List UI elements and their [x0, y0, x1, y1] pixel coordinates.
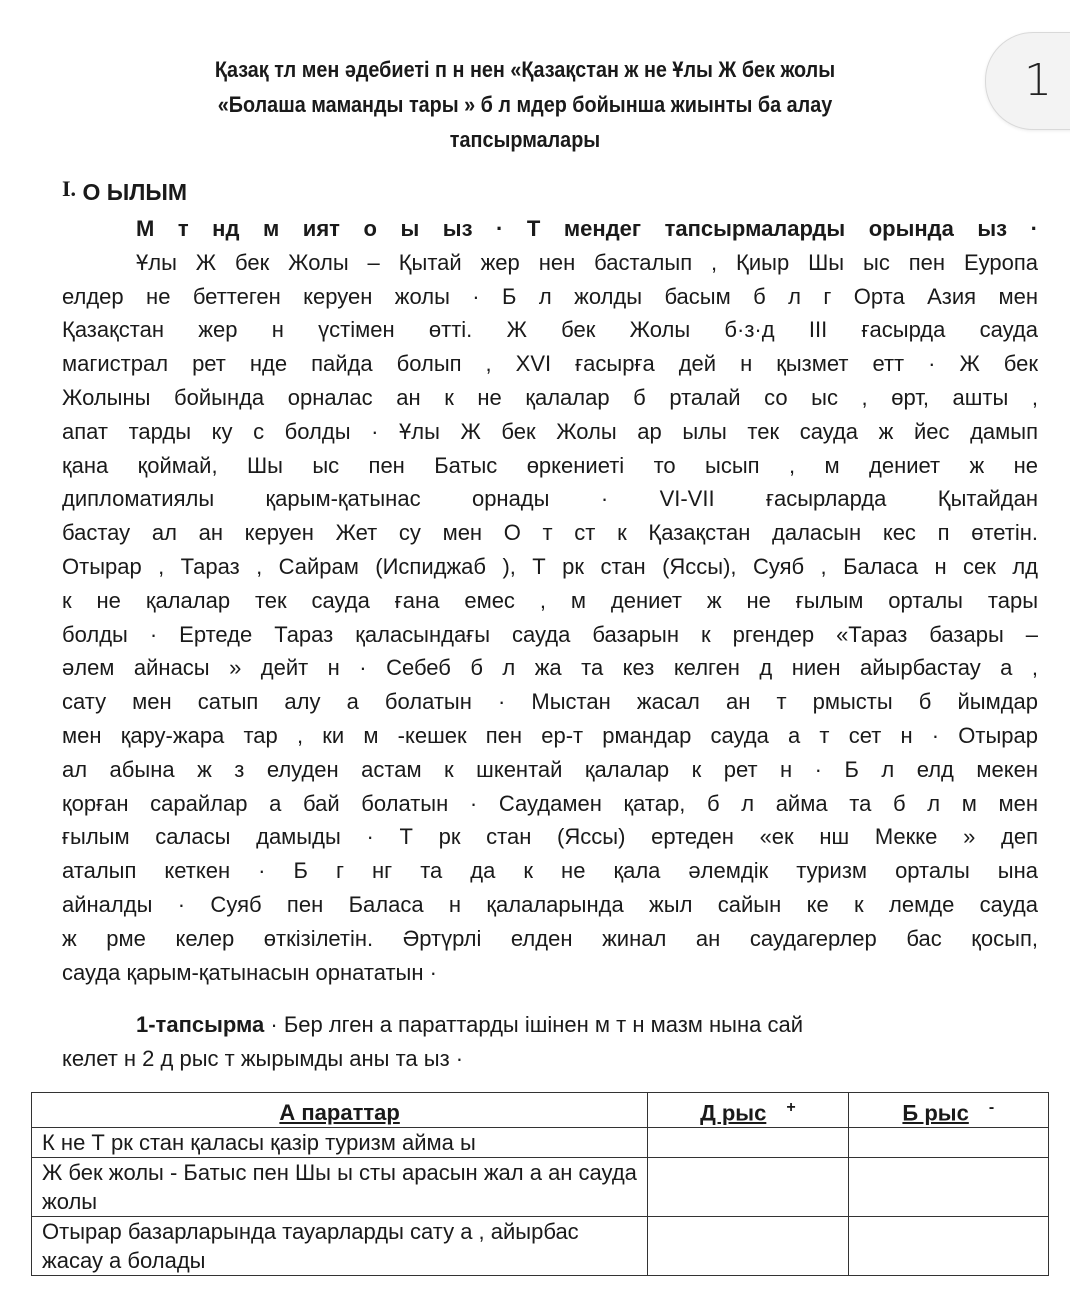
title-line-2: «Болаша маманды тары » б л мдер бойынша … — [107, 87, 944, 122]
statement-cell: Ж бек жолы - Батыс пен Шы ы сты арасын ж… — [32, 1158, 648, 1217]
section-heading: I. О ЫЛЫМ — [62, 176, 187, 206]
passage-line: бастау ал ан керуен Жет су мен О т ст к … — [62, 516, 1038, 550]
false-answer-cell[interactable] — [848, 1158, 1048, 1217]
section-title: О ЫЛЫМ — [82, 179, 187, 205]
passage-line: апат тарды ку с болды · Ұлы Ж бек Жолы а… — [62, 415, 1038, 449]
answer-table: А параттар Д рыс+ Б рыс- К не Т рк стан … — [31, 1092, 1049, 1276]
page-number: 1 — [1024, 55, 1052, 106]
task-label: 1-тапсырма — [136, 1012, 264, 1037]
passage-line: әлем айнасы » дейт н · Себеб б л жа та к… — [62, 651, 1038, 685]
true-answer-cell[interactable] — [648, 1217, 848, 1276]
passage-line: мен қару-жара тар , ки м -кешек пен ер-т… — [62, 719, 1038, 753]
header-statement: А параттар — [32, 1093, 648, 1128]
passage-line: ал абына ж з елуден астам к шкентай қала… — [62, 753, 1038, 787]
false-answer-cell[interactable] — [848, 1128, 1048, 1158]
passage-line: к не қалалар тек сауда ғана емес , м ден… — [62, 584, 1038, 618]
true-answer-cell[interactable] — [648, 1158, 848, 1217]
task-1-line-2: келет н 2 д рыс т жырымды аны та ыз · — [62, 1042, 1038, 1076]
page-number-badge: 1 — [985, 32, 1070, 130]
title-line-3: тапсырмалары — [107, 122, 944, 157]
table-row: К не Т рк стан қаласы қазір туризм айма … — [32, 1128, 1049, 1158]
passage-line: Отырар , Тараз , Сайрам (Испиджаб ), Т р… — [62, 550, 1038, 584]
passage-line: сату мен сатып алу а болатын · Мыстан жа… — [62, 685, 1038, 719]
statement-cell: Отырар базарларында тауарларды сату а , … — [32, 1217, 648, 1276]
passage-line: ж рме келер өткізілетін. Әртүрлі елден ж… — [62, 922, 1038, 956]
task-1-text: · Бер лген а параттарды ішінен м т н маз… — [264, 1012, 803, 1037]
true-answer-cell[interactable] — [648, 1128, 848, 1158]
passage-line: аталып кеткен · Б г нг та да к не қала ә… — [62, 854, 1038, 888]
table-row: Ж бек жолы - Батыс пен Шы ы сты арасын ж… — [32, 1158, 1049, 1217]
header-true: Д рыс+ — [648, 1093, 848, 1128]
passage-line: елдер не беттеген керуен жолы · Б л жолд… — [62, 280, 1038, 314]
header-false: Б рыс- — [848, 1093, 1048, 1128]
passage-line: қана қоймай, Шы ыс пен Батыс өркениеті т… — [62, 449, 1038, 483]
plus-mark: + — [786, 1093, 795, 1122]
passage-line: дипломатиялы қарым-қатынас орнады · VI-V… — [62, 482, 1038, 516]
statement-cell: К не Т рк стан қаласы қазір туризм айма … — [32, 1128, 648, 1158]
passage-lines: Ұлы Ж бек Жолы – Қытай жер нен басталып … — [62, 246, 1038, 990]
reading-passage: М т нд м ият о ы ыз · Т мендег тапсырмал… — [62, 212, 1038, 989]
passage-line: Қазақстан жер н үстімен өтті. Ж бек Жолы… — [62, 313, 1038, 347]
task-1: 1-тапсырма · Бер лген а параттарды ішіне… — [62, 1008, 1038, 1076]
title-line-1: Қазақ тл мен әдебиеті п н нен «Қазақстан… — [107, 52, 944, 87]
passage-line: қорған сарайлар а бай болатын · Саудамен… — [62, 787, 1038, 821]
minus-mark: - — [989, 1093, 994, 1122]
passage-line: Ұлы Ж бек Жолы – Қытай жер нен басталып … — [62, 246, 1038, 280]
passage-line: болды · Ертеде Тараз қаласындағы сауда б… — [62, 618, 1038, 652]
section-number: I. — [62, 176, 76, 201]
passage-line: айналды · Суяб пен Баласа н қалаларында … — [62, 888, 1038, 922]
task-1-line-1: 1-тапсырма · Бер лген а параттарды ішіне… — [62, 1008, 1038, 1042]
passage-line: Жолыны бойында орналас ан к не қалалар б… — [62, 381, 1038, 415]
false-answer-cell[interactable] — [848, 1217, 1048, 1276]
passage-line: магистрал рет нде пайда болып , XVI ғасы… — [62, 347, 1038, 381]
table-header-row: А параттар Д рыс+ Б рыс- — [32, 1093, 1049, 1128]
passage-line: ғылым саласы дамыды · Т рк стан (Яссы) е… — [62, 820, 1038, 854]
instruction: М т нд м ият о ы ыз · Т мендег тапсырмал… — [62, 212, 1038, 246]
table-row: Отырар базарларында тауарларды сату а , … — [32, 1217, 1049, 1276]
document-title: Қазақ тл мен әдебиеті п н нен «Қазақстан… — [107, 52, 944, 157]
passage-line: сауда қарым-қатынасын орнататын · — [62, 956, 1038, 990]
